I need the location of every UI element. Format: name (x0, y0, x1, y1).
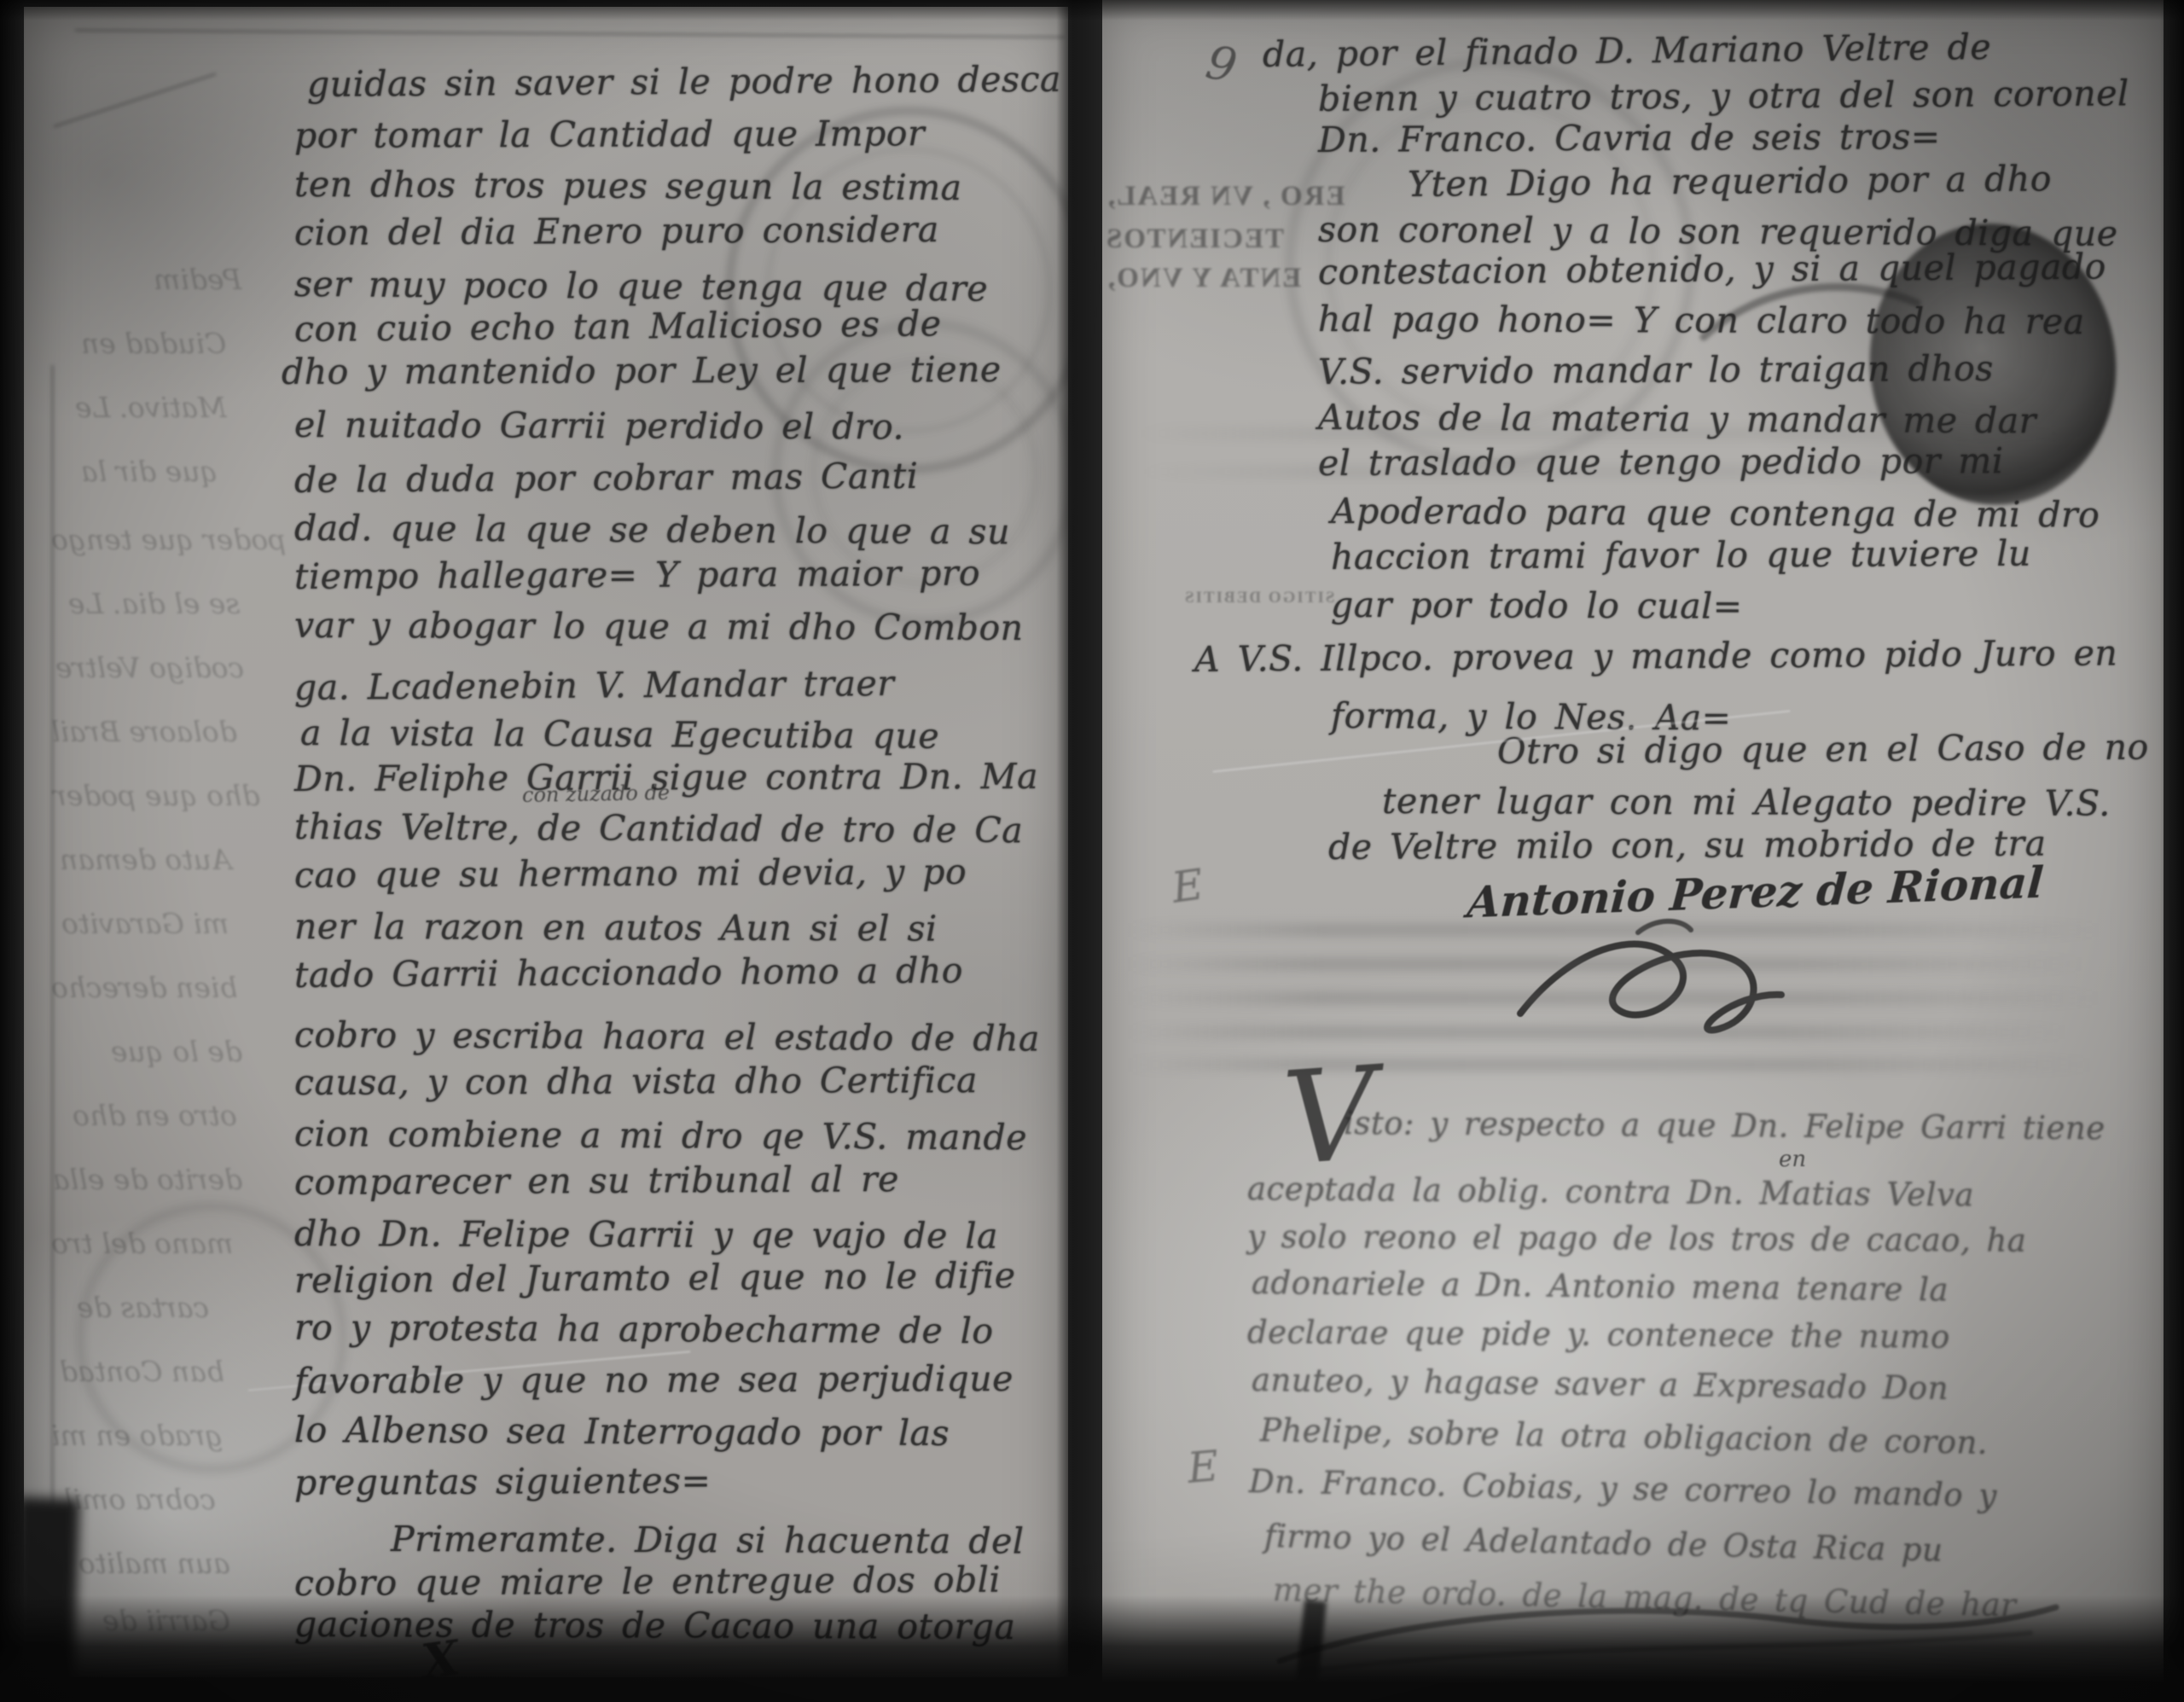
showthrough-print-text: TECIENTOS (1105, 224, 1284, 255)
showthrough-text: ban Contad (60, 1355, 224, 1388)
manuscript-line: ten dhos tros pues segun la estima (294, 164, 962, 208)
manuscript-line: y solo reono el pago de los tros de caca… (1247, 1218, 2027, 1259)
folio-mark: 9 (1201, 35, 1241, 94)
manuscript-line: dho y mantenido por Ley el que tiene (282, 349, 1002, 392)
manuscript-line: de la duda por cobrar mas Canti (294, 456, 919, 501)
book-gutter (1056, 0, 1109, 1702)
manuscript-line: Apoderado para que contenga de mi dro (1331, 491, 2100, 536)
right-page: 9 ERO , VN REAL, TECIENTOS ENTA Y VNO, S… (1102, 0, 2164, 1702)
signature-rubric-icon (1510, 911, 1792, 1056)
showthrough-text: Pedim (154, 263, 241, 296)
manuscript-line: tado Garrii haccionado homo a dho (294, 950, 963, 996)
showthrough-text: de lo que (111, 1035, 242, 1068)
margin-mark: E (1169, 859, 1206, 913)
manuscript-line: Dn. Franco. Cavria de seis tros= (1318, 116, 1941, 160)
showthrough-text: que dir la (81, 455, 218, 488)
manuscript-line: Autos de la materia y mandar me dar (1318, 397, 2036, 441)
showthrough-text: dho que poder (53, 779, 260, 812)
manuscript-line: tiempo hallegare= Y para maior pro (294, 553, 980, 597)
manuscript-line: causa, y con dha vista dho Certifica (294, 1060, 978, 1103)
superscript-note: en (1779, 1147, 1806, 1172)
showthrough-text: poder que tengo (51, 523, 286, 556)
interline-note: con zuzado de (522, 781, 671, 807)
showthrough-text: cartas de (77, 1291, 209, 1324)
showthrough-text: derito de ella (53, 1163, 242, 1196)
showthrough-text: mano del tro (51, 1227, 233, 1260)
manuscript-line: cion combiene a mi dro qe V.S. mande (294, 1113, 1027, 1158)
showthrough-text: otro en dho (73, 1099, 237, 1132)
photo-edge-bottom (0, 1595, 2184, 1702)
showthrough-print-text: ENTA Y VNO, (1107, 263, 1301, 294)
manuscript-line: da, por el finado D. Mariano Veltre de (1263, 26, 1992, 75)
showthrough-smudge (1128, 1058, 2092, 1072)
manuscript-line: contestacion obtenido, y si a quel pagad… (1318, 247, 2106, 293)
manuscript-line: thias Veltre, de Cantidad de tro de Ca (294, 806, 1023, 851)
manuscript-line: Primeramte. Diga si hacuenta del (391, 1519, 1025, 1562)
manuscript-line: el nuitado Garrii perdido el dro. (294, 404, 904, 447)
manuscript-line: Otro si digo que en el Caso de no (1497, 727, 2149, 772)
manuscript-line: ner la razon en autos Aun si el si (294, 906, 938, 950)
manuscript-line: cion del dia Enero puro considera (294, 209, 939, 253)
manuscript-line: guidas sin saver si le podre hono desca (307, 59, 1061, 105)
manuscript-line: cobro y escriba haora el estado de dha (294, 1014, 1040, 1060)
manuscript-line: preguntas siguientes= (294, 1460, 712, 1503)
manuscript-line: cao que su hermano mi devia, y po (294, 851, 967, 896)
manuscript-line: tener lugar con mi Alegato pedire V.S. (1382, 781, 2111, 824)
showthrough-text: mi Garavito (61, 907, 229, 940)
manuscript-line: Phelipe, sobre la otra obligacion de cor… (1260, 1412, 1989, 1461)
photo-edge-top (0, 0, 2184, 20)
manuscript-scan: Pedim Ciudad en Mativo. Le que dir la po… (0, 0, 2184, 1702)
showthrough-text: cobra omil (64, 1483, 216, 1516)
corner-fold-crease (53, 73, 216, 128)
photo-edge-right (2160, 0, 2184, 1702)
photo-edge-left (0, 0, 26, 1702)
showthrough-text: se el dia. Le (68, 587, 240, 620)
showthrough-print-text: SITIGO DEBITIS (1183, 589, 1334, 607)
manuscript-line: bienn y cuatro tros, y otra del son coro… (1318, 73, 2129, 119)
showthrough-text: dolaore Brail (51, 715, 237, 748)
left-page: Pedim Ciudad en Mativo. Le que dir la po… (24, 7, 1068, 1677)
manuscript-line: gar por todo lo cual= (1331, 584, 1743, 627)
manuscript-line: Dn. Franco. Cobias, y se correo lo mando… (1249, 1463, 1998, 1514)
manuscript-line: ser muy poco lo que tenga que dare (294, 264, 988, 310)
manuscript-line: el traslado que tengo pedido por mi (1318, 440, 2004, 484)
manuscript-line: lo Albenso sea Interrogado por las (294, 1409, 950, 1454)
manuscript-line: religion del Juramto el que no le difie (294, 1255, 1016, 1301)
showthrough-text: Ciudad en (81, 327, 226, 360)
showthrough-print-text: ERO , VN REAL, (1107, 181, 1345, 212)
manuscript-line: ga. Lcadenebin V. Mandar traer (294, 663, 895, 708)
showthrough-text: grado en mi (51, 1419, 223, 1452)
manuscript-line: con cuio echo tan Malicioso es de (294, 303, 942, 350)
manuscript-line: adonariele a Dn. Antonio mena tenare la (1252, 1264, 1949, 1309)
manuscript-line: favorable y que no me sea perjudique (294, 1358, 1014, 1402)
manuscript-line: V.S. servido mandar lo traigan dhos (1318, 348, 1994, 392)
showthrough-text: Mativo. Le (75, 391, 227, 424)
manuscript-line: dho Dn. Felipe Garrii y qe vajo de la (294, 1213, 998, 1257)
manuscript-line: declarae que pide y. contenece the numo (1247, 1314, 1950, 1356)
top-crease (75, 29, 1065, 38)
manuscript-line: isto: y respecto a que Dn. Felipe Garri … (1344, 1105, 2106, 1147)
manuscript-line: A V.S. Illpco. provea y mande como pido … (1194, 632, 2118, 680)
manuscript-line: hal pago hono= Y con claro todo ha rea (1318, 299, 2085, 342)
manuscript-line: comparecer en su tribunal al re (294, 1159, 899, 1203)
showthrough-text: Auto deman (60, 843, 232, 876)
manuscript-line: anuteo, y hagase saver a Expresado Don (1252, 1362, 1949, 1407)
showthrough-text: bien derecho (51, 971, 238, 1004)
manuscript-line: var y abogar lo que a mi dho Combon (294, 605, 1024, 648)
manuscript-line: aceptada la oblig. contra Dn. Matias Vel… (1247, 1170, 1974, 1213)
showthrough-text: codigo Veltre (55, 651, 244, 684)
manuscript-line: a la vista la Causa Egecutiba que (300, 712, 939, 757)
manuscript-line: haccion trami favor lo que tuviere lu (1331, 533, 2031, 578)
manuscript-line: Yten Digo ha requerido por a dho (1408, 158, 2052, 205)
manuscript-line: por tomar la Cantidad que Impor (294, 113, 925, 156)
manuscript-line: firmo yo el Adelantado de Osta Rica pu (1264, 1518, 1943, 1569)
margin-mark: E (1185, 1441, 1220, 1493)
manuscript-line: dad. que la que se deben lo que a su (294, 508, 1010, 552)
manuscript-line: ro y protesta ha aprobecharme de lo (294, 1307, 994, 1351)
